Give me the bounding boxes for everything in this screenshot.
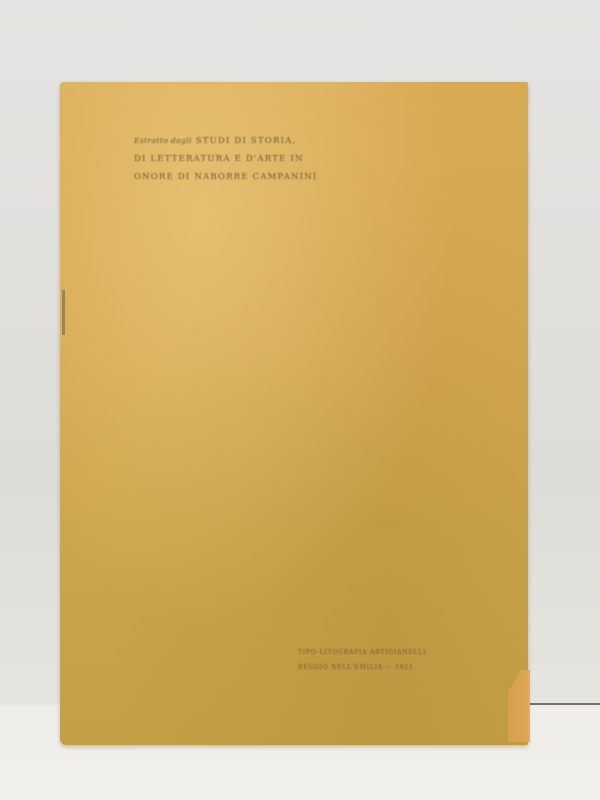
- table-edge: [530, 703, 600, 705]
- title-text: DI LETTERATURA E D'ARTE IN: [134, 154, 304, 164]
- title-text: STUDI DI STORIA,: [196, 136, 297, 146]
- staple-mark: [62, 290, 65, 335]
- publisher-imprint: TIPO-LITOGRAFIA ARTIGIANELLI REGGIO NELL…: [298, 645, 448, 675]
- imprint-line: REGGIO NELL'EMILIA — 1921: [298, 660, 448, 675]
- title-line: DI LETTERATURA E D'ARTE IN: [134, 150, 374, 168]
- cover-title: Estratto dagli STUDI DI STORIA, DI LETTE…: [134, 132, 374, 186]
- title-line: ONORE DI NABORRE CAMPANINI: [134, 168, 374, 186]
- title-line: Estratto dagli STUDI DI STORIA,: [134, 132, 374, 150]
- title-prefix: Estratto dagli: [134, 136, 192, 145]
- title-text: ONORE DI NABORRE CAMPANINI: [134, 172, 317, 182]
- imprint-line: TIPO-LITOGRAFIA ARTIGIANELLI: [298, 645, 448, 660]
